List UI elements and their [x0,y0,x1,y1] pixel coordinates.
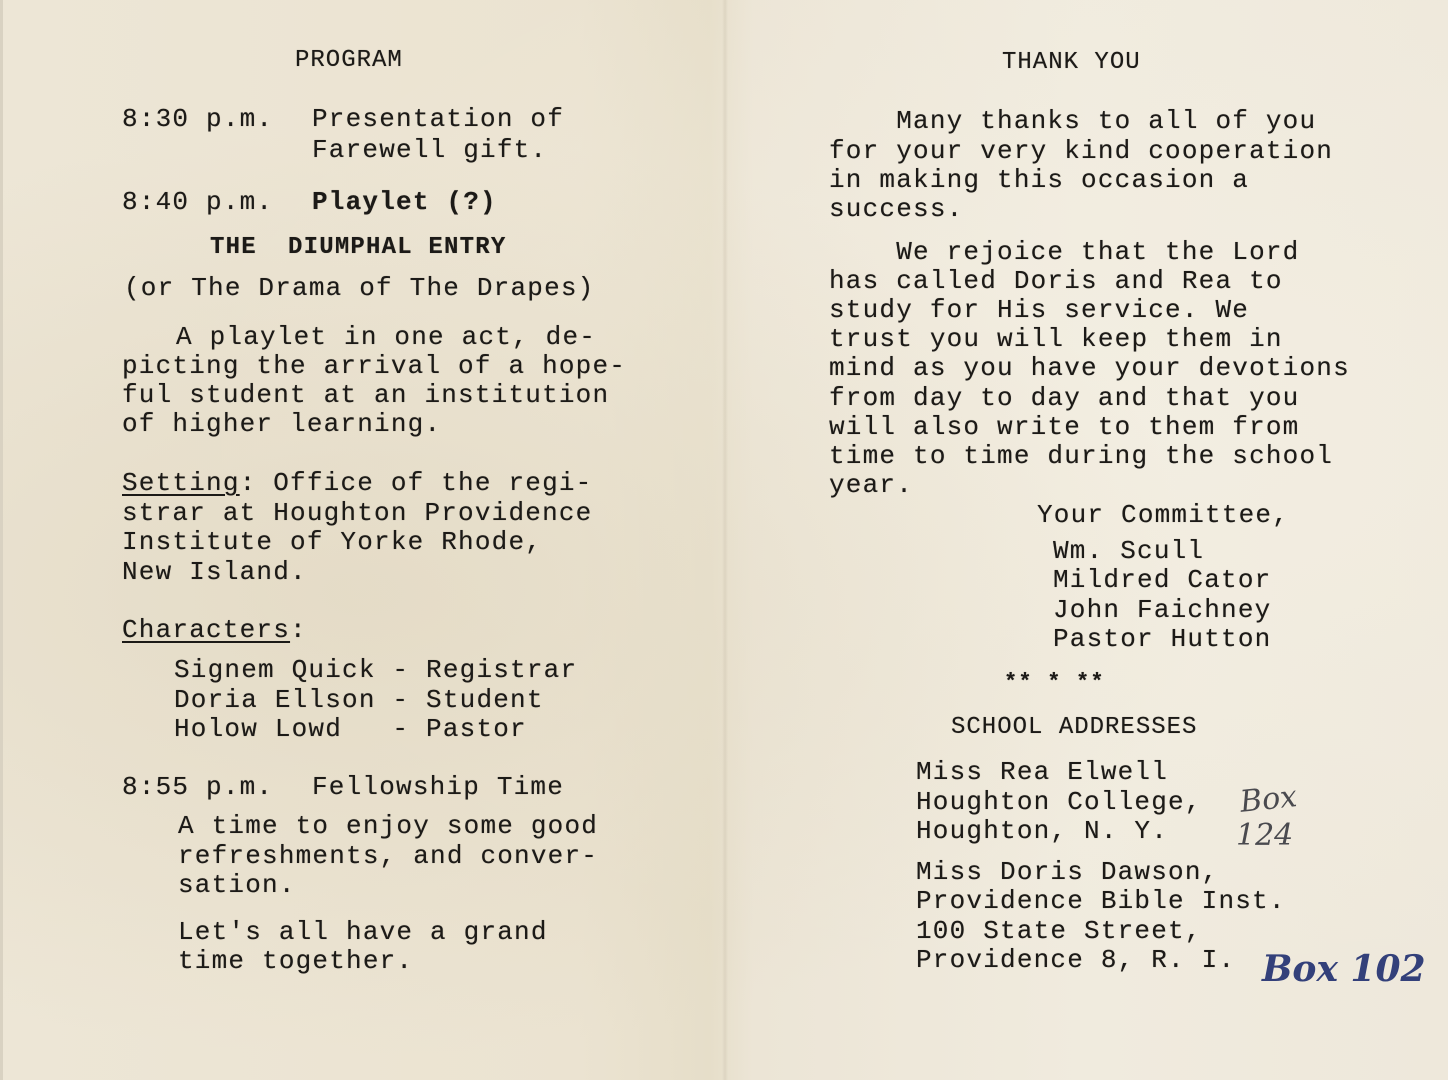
setting-line4: New Island. [122,558,307,587]
school-addresses-title: SCHOOL ADDRESSES [951,713,1197,742]
rejoice-line4: trust you will keep them in [829,325,1283,354]
item3-label: Fellowship Time [312,773,564,802]
committee-member: John Faichney [1053,596,1271,625]
closing-line2: time together. [178,947,413,976]
address1-line3: Houghton, N. Y. [916,817,1168,846]
address2-line3: 100 State Street, [916,917,1202,946]
committee-member: Wm. Scull [1053,537,1204,566]
thanks-line3: in making this occasion a [829,166,1249,195]
rejoice-line2: has called Doris and Rea to [829,267,1283,296]
play-description-line4: of higher learning. [122,410,441,439]
setting-line3: Institute of Yorke Rhode, [122,528,542,557]
item3-description-line2: refreshments, and conver- [178,842,598,871]
rejoice-line5: mind as you have your devotions [829,354,1350,383]
item1-text-line1: Presentation of [312,105,564,134]
program-title: PROGRAM [295,46,403,75]
thanks-line1: Many thanks to all of you [829,107,1316,136]
address1-line1: Miss Rea Elwell [916,758,1168,787]
paper-edge [0,0,3,1080]
character-row: Holow Lowd - Pastor [174,715,527,744]
rejoice-line1: We rejoice that the Lord [829,238,1299,267]
address2-line2: Providence Bible Inst. [916,887,1286,916]
setting-line1: Setting: Office of the regi- [122,469,592,498]
play-description-line1: A playlet in one act, de- [176,323,596,352]
item2-label: Playlet (?) [312,188,497,217]
committee-member: Pastor Hutton [1053,625,1271,654]
thanks-line4: success. [829,195,963,224]
item3-description-line3: sation. [178,871,296,900]
character-row: Signem Quick - Registrar [174,656,577,685]
rejoice-line7: will also write to them from [829,413,1299,442]
committee-member: Mildred Cator [1053,566,1271,595]
rejoice-line9: year. [829,471,913,500]
play-subtitle: (or The Drama of The Drapes) [124,274,594,303]
signoff: Your Committee, [1037,501,1289,530]
item2-time: 8:40 p.m. [122,188,273,217]
thank-you-title: THANK YOU [1002,48,1141,77]
address2-line1: Miss Doris Dawson, [916,858,1218,887]
setting-line2: strar at Houghton Providence [122,499,592,528]
item3-time: 8:55 p.m. [122,773,273,802]
item1-text-line2: Farewell gift. [312,136,547,165]
rejoice-line6: from day to day and that you [829,384,1299,413]
document-spread: PROGRAM 8:30 p.m. Presentation of Farewe… [0,0,1448,1080]
address2-line4: Providence 8, R. I. [916,946,1235,975]
characters-heading: Characters: [122,616,307,645]
characters-label: Characters [122,615,290,645]
play-description-line3: ful student at an institution [122,381,609,410]
center-fold [722,0,728,1080]
closing-line1: Let's all have a grand [178,918,548,947]
play-title: THE DIUMPHAL ENTRY [210,233,506,262]
handwritten-box-note: Box [1238,779,1298,820]
setting-text: : Office of the regi- [240,468,593,498]
handwritten-box-note-ink: Box 102 [1262,948,1426,990]
handwritten-box-number: 124 [1236,818,1293,853]
rejoice-line3: study for His service. We [829,296,1249,325]
address1-line2: Houghton College, [916,788,1202,817]
setting-label: Setting [122,468,240,498]
separator: ** * ** [1004,668,1105,697]
item3-description-line1: A time to enjoy some good [178,812,598,841]
character-row: Doria Ellson - Student [174,686,544,715]
rejoice-line8: time to time during the school [829,442,1333,471]
item1-time: 8:30 p.m. [122,105,273,134]
play-description-line2: picting the arrival of a hope- [122,352,626,381]
thanks-line2: for your very kind cooperation [829,137,1333,166]
